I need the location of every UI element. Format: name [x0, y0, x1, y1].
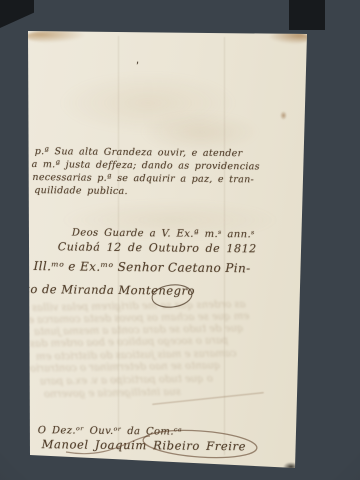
body-line-2: a m.ª justa deffeza; dando as providenci… [32, 159, 260, 172]
addressee-line-1: Ill.ᵐᵒ e Ex.ᵐᵒ Senhor Caetano Pin- [33, 259, 250, 275]
manuscript-photo: as ordens que se me dirigirem pelas vill… [0, 0, 360, 480]
stray-pen-mark: ʼ [135, 61, 141, 72]
margin-mark: c [21, 257, 26, 266]
background-shadow-top-strip [289, 0, 325, 30]
signature-name-line: Manoel Joaquim Ribeiro Freire [42, 437, 247, 453]
body-line-4: quilidade publica. [34, 185, 128, 197]
handwriting-layer: ʼ p.ª Sua alta Grandeza ouvir, e atender… [0, 0, 360, 480]
place-date-line: Cuiabá 12 de Outubro de 1812 [58, 240, 257, 255]
signature-title-line: O Dez.ᵒʳ Ouv.ᵒʳ da Com.ᶜᵃ [38, 425, 182, 438]
body-line-3: necessarias p.ª se adquirir a paz, e tra… [32, 172, 254, 185]
body-line-1: p.ª Sua alta Grandeza ouvir, e atender [35, 146, 243, 159]
addressee-line-2: to de Miranda Montenegro [25, 282, 195, 298]
background-shadow-top-left [0, 0, 34, 28]
closing-salute-line: Deos Guarde a V. Ex.ª m.ˢ ann.ˢ [72, 227, 255, 240]
manuscript-paper: as ordens que se me dirigirem pelas vill… [0, 0, 360, 480]
